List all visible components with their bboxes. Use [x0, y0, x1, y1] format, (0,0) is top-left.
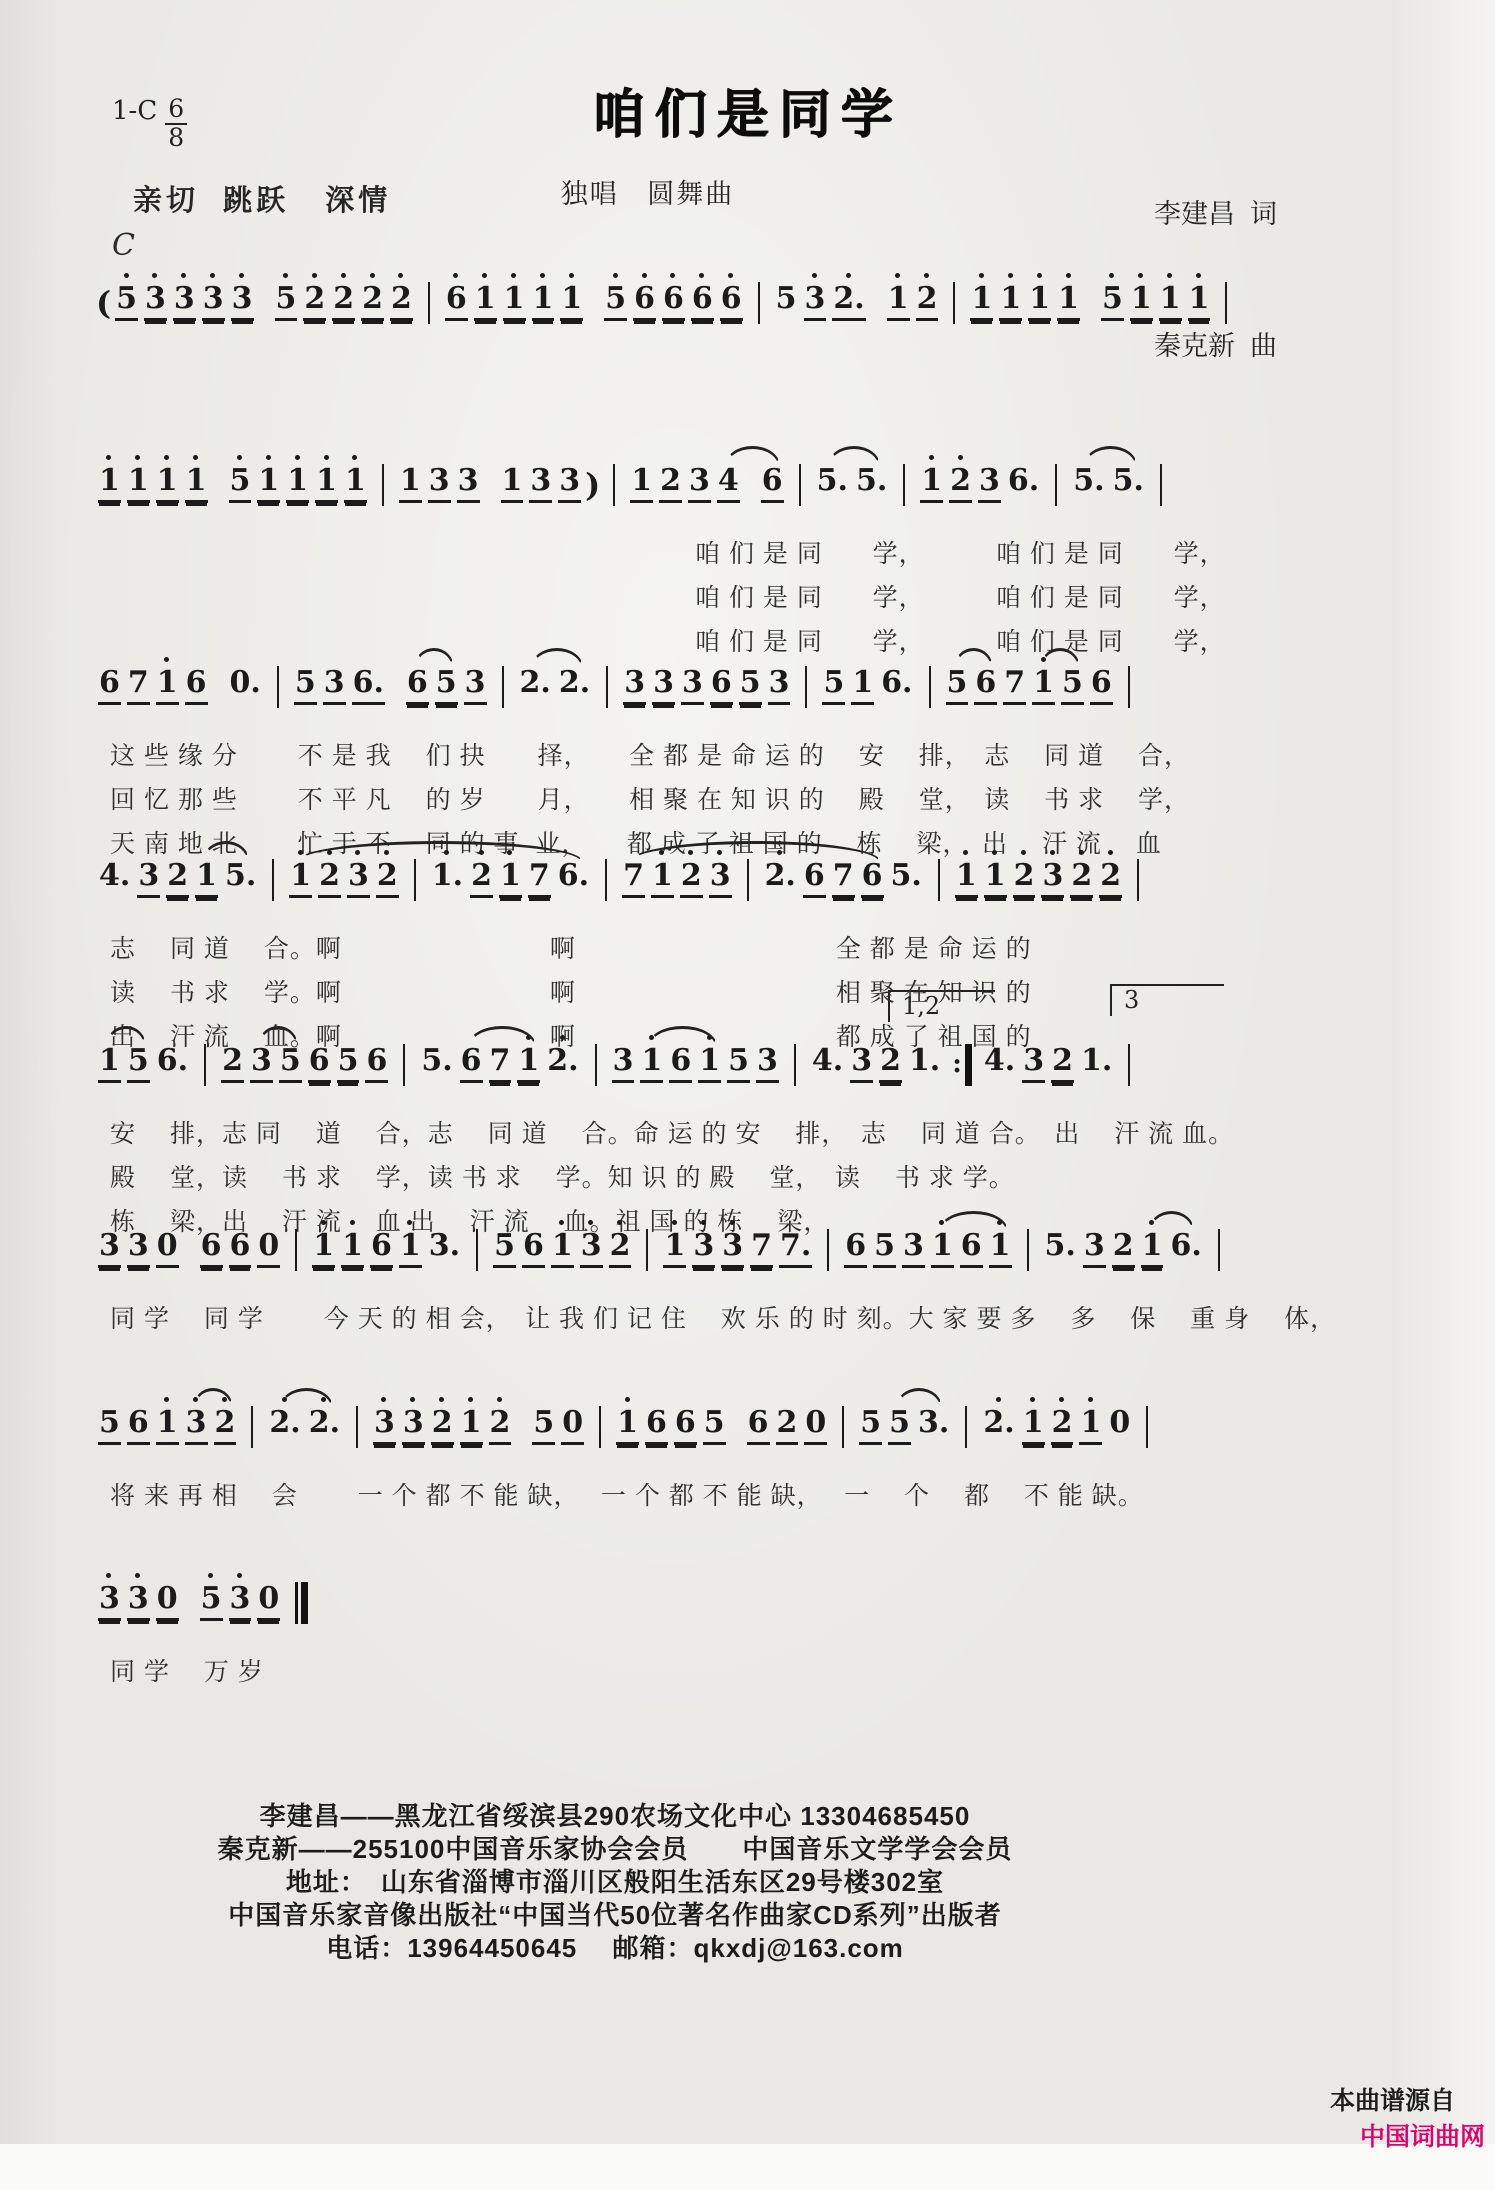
note: 3: [681, 666, 704, 705]
barline: [1027, 1229, 1029, 1271]
note: 1: [156, 464, 179, 503]
octave-dot: [407, 1220, 412, 1225]
octave-dot: [730, 1220, 735, 1225]
octave-dot: [569, 273, 574, 278]
octave-dot: [266, 455, 271, 460]
note: 0: [1108, 1406, 1131, 1442]
octave-dot: [958, 455, 963, 460]
octave-dot: [468, 1397, 473, 1402]
note: 3: [231, 282, 254, 321]
note: 5: [532, 1406, 555, 1445]
parenthesis: ): [585, 464, 600, 504]
lyrics-block: 咱 们 是 同 学， 咱 们 是 同 学，咱 们 是 同 学， 咱 们 是 同 …: [695, 532, 1435, 664]
note: 2: [1099, 859, 1122, 898]
slur-arc: [280, 1388, 334, 1408]
barline: [1225, 282, 1227, 324]
barline: [842, 1406, 844, 1448]
note: 3: [978, 464, 1001, 503]
score-line: 67160.536.6532.2.333653516.567156这 些 缘 分…: [95, 652, 1435, 866]
note: 2: [659, 464, 682, 503]
note: 0: [561, 1406, 584, 1445]
octave-dot: [106, 455, 111, 460]
repeat-sign: :: [952, 1044, 972, 1086]
contact-line: 李建昌——黑龙江省绥滨县290农场文化中心 13304685450: [140, 1800, 1090, 1833]
note: 5: [200, 1582, 223, 1621]
note: 2.: [546, 1044, 579, 1080]
note: 2: [609, 1229, 632, 1268]
lyric-row: 殿 堂，读 书 求 学，读 书 求 学。知 识 的 殿 堂， 读 书 求 学。: [110, 1156, 1435, 1200]
note: 1.: [908, 1044, 941, 1080]
note: 6: [185, 666, 208, 705]
note: 3: [323, 666, 346, 705]
note: 2: [489, 1406, 512, 1445]
octave-dot: [453, 273, 458, 278]
note: 3: [402, 1406, 425, 1445]
lyric-row: 安 排，志 同 道 合，志 同 道 合。命 运 的 安 排， 志 同 道 合。 …: [110, 1112, 1435, 1156]
octave-dot: [164, 1397, 169, 1402]
note: 5: [703, 1406, 726, 1445]
note: 2: [1051, 1044, 1074, 1083]
barline: [805, 666, 807, 708]
octave-dot: [283, 273, 288, 278]
octave-dot: [164, 455, 169, 460]
octave-dot: [1108, 850, 1113, 855]
note: 2: [303, 282, 326, 321]
note: 1: [399, 1229, 422, 1268]
note: 3: [768, 666, 791, 705]
watermark-site-link: 中国词曲网: [1360, 2123, 1485, 2151]
octave-dot: [152, 273, 157, 278]
note: 3.: [917, 1406, 950, 1442]
octave-dot: [1050, 850, 1055, 855]
barline: [747, 859, 749, 901]
octave-dot: [1138, 273, 1143, 278]
note: 1: [98, 1044, 121, 1083]
note: 3: [98, 1582, 121, 1621]
lyric-row: 回 忆 那 些 不 平 凡 的 岁 月， 相 聚 在 知 识 的 殿 堂， 读 …: [110, 778, 1435, 822]
note: 6: [720, 282, 743, 321]
barline: [1137, 859, 1139, 901]
note: 6: [365, 1044, 388, 1083]
note: 6: [445, 282, 468, 321]
note: 1: [955, 859, 978, 898]
song-subtitle: 独唱 圆舞曲: [0, 172, 1295, 211]
note: 1: [460, 1406, 483, 1445]
note: 6: [974, 666, 997, 705]
note: 3: [250, 1044, 273, 1083]
octave-dot: [106, 1573, 111, 1578]
note: 1: [984, 859, 1007, 898]
note: 3: [529, 464, 552, 503]
note: 3: [229, 1582, 252, 1621]
note: 3: [173, 282, 196, 321]
note: 1: [1188, 282, 1211, 321]
octave-dot: [381, 1397, 386, 1402]
contact-line: 中国音乐家音像出版社“中国当代50位著名作曲家CD系列”出版者: [140, 1899, 1090, 1932]
octave-dot: [846, 273, 851, 278]
octave-dot: [439, 1397, 444, 1402]
note: 3.: [428, 1229, 461, 1265]
sheet-music-page: 1-C 6 8 亲切 跳跃 深情 咱们是同学 独唱 圆舞曲 李建昌 词 秦克新 …: [0, 0, 1495, 2190]
note: 5: [98, 1406, 121, 1445]
octave-dot: [135, 455, 140, 460]
note: 1: [127, 464, 150, 503]
note: 6: [761, 464, 784, 503]
publisher-contact-block: 李建昌——黑龙江省绥滨县290农场文化中心 13304685450 秦克新——2…: [140, 1800, 1090, 1965]
note: 6: [645, 1406, 668, 1445]
notes-row: (53333522226111156666532.1211115111: [95, 268, 1435, 344]
note: 5.: [816, 464, 849, 500]
notes-row: 330530: [95, 1568, 1435, 1644]
note: 3: [127, 1582, 150, 1621]
note: 5.: [855, 464, 888, 500]
barline: [1218, 1229, 1220, 1271]
note: 6.: [1169, 1229, 1202, 1265]
note: 1: [341, 1229, 364, 1268]
octave-dot: [350, 1220, 355, 1225]
octave-dot: [181, 273, 186, 278]
note: 1: [474, 282, 497, 321]
note: 5: [275, 282, 298, 321]
slur-arc: [896, 1388, 942, 1408]
note: 1: [630, 464, 653, 503]
note: 6: [522, 1229, 545, 1268]
note: 2.: [764, 859, 797, 895]
score-line: 33066011613.5613213377.6531615.3216.同 学 …: [95, 1215, 1435, 1341]
octave-dot: [963, 850, 968, 855]
parenthesis: (: [96, 282, 111, 322]
octave-dot: [237, 455, 242, 460]
note: 5.: [1112, 464, 1145, 500]
note: 5: [775, 282, 798, 318]
note: 1: [315, 464, 338, 503]
note: 1: [1022, 1406, 1045, 1445]
lyric-row: 这 些 缘 分 不 是 我 们 抉 择， 全 都 是 命 运 的 安 排， 志 …: [110, 734, 1435, 778]
note: 6: [861, 859, 884, 898]
barline: [606, 666, 608, 708]
notes-row: 156.2356565.6712.3161534.321.:4.321.: [95, 1030, 1435, 1106]
note: 1: [499, 859, 522, 898]
octave-dot: [728, 273, 733, 278]
note: 3: [98, 1229, 121, 1268]
note: 1: [616, 1406, 639, 1445]
note: 5: [127, 1044, 150, 1083]
lyric-row: 同 学 同 学 今 天 的 相 会， 让 我 们 记 住 欢 乐 的 时 刻。大…: [110, 1297, 1435, 1341]
note: 3: [692, 1229, 715, 1268]
note: 3: [464, 666, 487, 705]
note: 7: [832, 859, 855, 898]
note: 1: [185, 464, 208, 503]
note: 6: [460, 1044, 483, 1083]
note: 1: [289, 859, 312, 898]
note: 5: [1061, 666, 1084, 705]
notes-row: 561322.2.33212501665620553.2.1210: [95, 1392, 1435, 1468]
note: 3: [652, 666, 675, 705]
note: 5: [946, 666, 969, 705]
note: 1: [920, 464, 943, 503]
note: 0: [156, 1582, 179, 1621]
note: 3: [580, 1229, 603, 1268]
score-line: (53333522226111156666532.1211115111: [95, 268, 1435, 350]
note: 5: [727, 1044, 750, 1083]
octave-dot: [135, 1573, 140, 1578]
octave-dot: [699, 273, 704, 278]
note: 6: [370, 1229, 393, 1268]
octave-dot: [511, 273, 516, 278]
note: 0.: [229, 666, 262, 702]
note: 7: [1003, 666, 1026, 705]
note: 5: [859, 1406, 882, 1445]
note: 4.: [983, 1044, 1016, 1080]
note: 4.: [811, 1044, 844, 1080]
slur-arc: [828, 446, 881, 466]
note: 1: [532, 282, 555, 321]
note: 2: [1070, 859, 1093, 898]
note: 0: [257, 1582, 280, 1621]
note: 6: [127, 1406, 150, 1445]
octave-dot: [992, 850, 997, 855]
barline: [613, 464, 615, 506]
note: 3: [558, 464, 581, 503]
octave-dot: [482, 273, 487, 278]
octave-dot: [996, 1397, 1001, 1402]
note: 6: [710, 666, 733, 705]
octave-dot: [1167, 273, 1172, 278]
score-line: 111151111133133)123465.5.1236.5.5.咱 们 是 …: [95, 450, 1435, 664]
note: 3: [144, 282, 167, 321]
octave-dot: [560, 1035, 565, 1040]
note: 1: [640, 1044, 663, 1083]
note: 6: [308, 1044, 331, 1083]
barline: [251, 1406, 253, 1448]
octave-dot: [298, 850, 303, 855]
octave-dot: [324, 455, 329, 460]
note: 0: [804, 1406, 827, 1445]
octave-dot: [1066, 273, 1071, 278]
barline: [476, 1229, 478, 1271]
note: 5.: [224, 859, 257, 895]
note: 2: [776, 1406, 799, 1445]
lyrics-block: 将 来 再 相 会 一 个 都 不 能 缺， 一 个 都 不 能 缺， 一 个 …: [110, 1474, 1435, 1518]
lyric-row: 咱 们 是 同 学， 咱 们 是 同 学，: [695, 576, 1435, 620]
barline: [277, 666, 279, 708]
lyric-row: 志 同 道 合。啊 啊 全 都 是 命 运 的: [110, 927, 1435, 971]
note: 5: [435, 666, 458, 705]
lyric-row: 咱 们 是 同 学， 咱 们 是 同 学，: [695, 532, 1435, 576]
note: 3: [804, 282, 827, 321]
note: 4.: [98, 859, 131, 895]
note: 1: [551, 1229, 574, 1268]
note: 2.: [832, 282, 865, 321]
final-barline: [291, 1582, 308, 1624]
barline: [605, 859, 607, 901]
octave-dot: [1037, 273, 1042, 278]
lyrics-block: 同 学 万 岁: [110, 1650, 1435, 1694]
octave-dot: [341, 273, 346, 278]
note: 6: [691, 282, 714, 321]
note: 5: [1101, 282, 1124, 321]
octave-dot: [1079, 850, 1084, 855]
note: 2.: [519, 666, 552, 702]
note: 2: [318, 859, 341, 898]
octave-dot: [312, 273, 317, 278]
note: 2: [376, 859, 399, 898]
barline: [204, 1044, 206, 1086]
note: 6: [406, 666, 429, 705]
note: 7: [622, 859, 645, 898]
note: 6: [747, 1406, 770, 1445]
note: 5: [337, 1044, 360, 1083]
note: 6: [960, 1229, 983, 1268]
contact-line: 秦克新——255100中国音乐家协会会员 中国音乐文学学会会员: [140, 1833, 1090, 1866]
note: 1: [517, 1044, 540, 1083]
barline: [1128, 666, 1130, 708]
octave-dot: [895, 273, 900, 278]
barline: [794, 1044, 796, 1086]
note: 1: [344, 464, 367, 503]
note: 5: [493, 1229, 516, 1268]
notes-row: 33066011613.5613213377.6531615.3216.: [95, 1215, 1435, 1291]
note: 6: [803, 859, 826, 898]
octave-dot: [352, 455, 357, 460]
note: 3: [850, 1044, 873, 1083]
note: 5: [739, 666, 762, 705]
note: 2: [470, 859, 493, 898]
barline: [1160, 464, 1162, 506]
note: 1: [1032, 666, 1055, 705]
octave-dot: [1008, 273, 1013, 278]
note: 2: [221, 1044, 244, 1083]
note: 6: [669, 1044, 692, 1083]
notes-row: 4.3215.12321.2176.71232.6765.112322: [95, 845, 1435, 921]
octave-dot: [613, 273, 618, 278]
note: 7: [528, 859, 551, 898]
barline: [938, 859, 940, 901]
note: 1: [501, 464, 524, 503]
note: 2: [949, 464, 972, 503]
barline: [414, 859, 416, 901]
note: 6.: [352, 666, 385, 705]
note: 1: [851, 666, 874, 705]
note: 5: [229, 464, 252, 503]
notes-row: 67160.536.6532.2.333653516.567156: [95, 652, 1435, 728]
note: 0: [156, 1229, 179, 1268]
note: 2.: [982, 1406, 1015, 1442]
note: 1: [286, 464, 309, 503]
octave-dot: [497, 1397, 502, 1402]
octave-dot: [237, 1573, 242, 1578]
octave-dot: [540, 273, 545, 278]
note: 3: [688, 464, 711, 503]
note: 5.: [890, 859, 923, 895]
note: 1: [257, 464, 280, 503]
slur-arc: [1084, 446, 1138, 466]
octave-dot: [617, 1220, 622, 1225]
octave-dot: [210, 273, 215, 278]
note: 1: [1028, 282, 1051, 321]
note: 1: [1079, 1406, 1102, 1445]
note: 1: [1159, 282, 1182, 321]
note: 5: [888, 1406, 911, 1445]
note: 2: [680, 859, 703, 898]
octave-dot: [124, 273, 129, 278]
note: 6: [662, 282, 685, 321]
slur-arc: [193, 1388, 233, 1408]
lyric-row: 同 学 万 岁: [110, 1650, 1435, 1694]
note: 3: [373, 1406, 396, 1445]
note: 6: [98, 666, 121, 705]
barline: [595, 1044, 597, 1086]
note: 2.: [308, 1406, 341, 1442]
octave-dot: [321, 1220, 326, 1225]
note: 2: [166, 859, 189, 898]
octave-dot: [588, 1220, 593, 1225]
barline: [758, 282, 760, 324]
barline: [502, 666, 504, 708]
watermark-prefix: 本曲谱源自: [1330, 2087, 1455, 2115]
repeat-thick-bar: [965, 1044, 972, 1086]
note: 3: [1083, 1229, 1106, 1268]
barline: [799, 464, 801, 506]
octave-dot: [812, 273, 817, 278]
contact-line: 电话：13964450645 邮箱：qkxdj@163.com: [140, 1932, 1090, 1965]
note: 5: [279, 1044, 302, 1083]
note: 7.: [779, 1229, 812, 1268]
octave-dot: [410, 1397, 415, 1402]
repeat-dots: :: [952, 1044, 962, 1084]
octave-dot: [559, 1220, 564, 1225]
note: 5: [115, 282, 138, 321]
note: 1: [312, 1229, 335, 1268]
note: 1: [399, 464, 422, 503]
note: 1: [156, 666, 179, 705]
note: 6: [200, 1229, 223, 1268]
barline: [382, 464, 384, 506]
note: 1: [698, 1044, 721, 1083]
octave-dot: [1088, 1397, 1093, 1402]
note: 3: [721, 1229, 744, 1268]
note: 7: [489, 1044, 512, 1083]
lyric-row: 读 书 求 学。啊 啊 相 聚 在 知 识 的: [110, 971, 1435, 1015]
octave-dot: [924, 273, 929, 278]
note: 3: [612, 1044, 635, 1083]
note: 1: [195, 859, 218, 898]
score-line: 330530同 学 万 岁: [95, 1568, 1435, 1694]
barline: [272, 859, 274, 901]
watermark: 本曲谱源自 中国词曲网: [1288, 2052, 1485, 2182]
note: 5.: [1072, 464, 1105, 500]
note: 1: [931, 1229, 954, 1268]
barline: [646, 1229, 648, 1271]
octave-dot: [642, 273, 647, 278]
barline: [599, 1406, 601, 1448]
note: 5: [294, 666, 317, 705]
note: 3: [457, 464, 480, 503]
octave-dot: [1030, 1397, 1035, 1402]
note: 6: [229, 1229, 252, 1268]
note: 1: [156, 1406, 179, 1445]
octave-dot: [193, 455, 198, 460]
score-line: 156.2356565.6712.3161534.321.:4.321.安 排，…: [95, 1030, 1435, 1244]
octave-dot: [929, 455, 934, 460]
note: 1: [970, 282, 993, 321]
octave-dot: [672, 1220, 677, 1225]
lyricist-credit: 李建昌 词: [1154, 192, 1277, 236]
note: 3: [185, 1406, 208, 1445]
barline: [953, 282, 955, 324]
note: 2: [361, 282, 384, 321]
note: 5.: [1044, 1229, 1077, 1265]
